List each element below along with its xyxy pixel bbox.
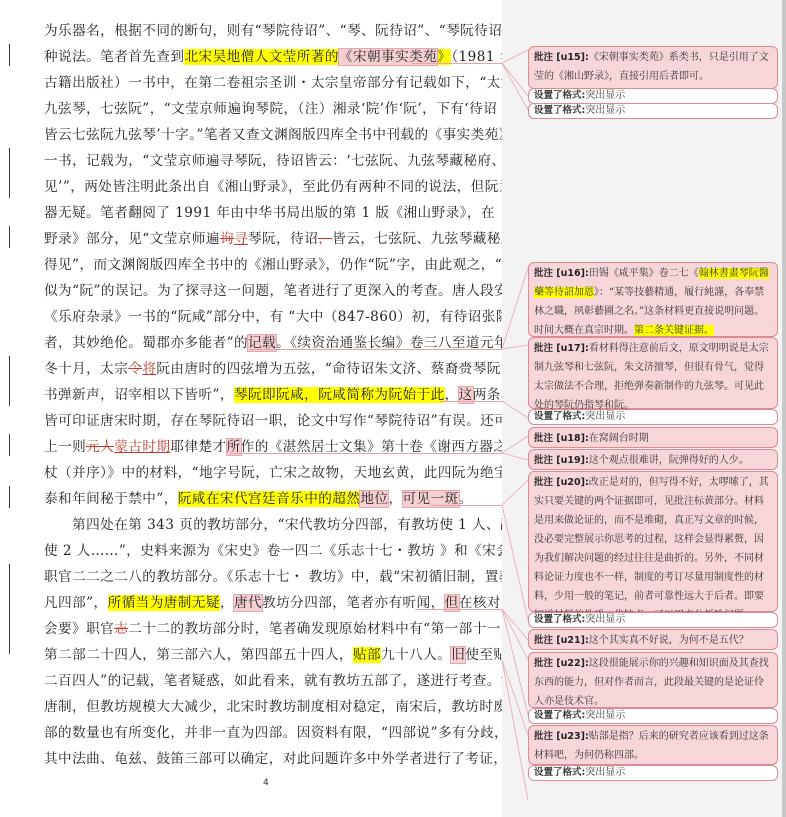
comment-label: 批注 [u16]: xyxy=(534,268,589,279)
text-line[interactable]: 见’”，两处皆注明此条出自《湘山野录》，至此仍有两种不同的说法，但阮为乐 xyxy=(44,174,466,200)
text-run: 第二部二十四人，第三部六人，第四部五十四人， xyxy=(44,647,353,663)
text-line[interactable]: 第二部二十四人，第三部六人，第四部五十四人，贴部九十八人。旧使至贴部止 xyxy=(44,642,466,668)
change-bar xyxy=(9,434,10,456)
highlighted-text: 北宋吴地僧人文莹所著的 xyxy=(184,49,338,65)
format-text: 突出显示 xyxy=(585,614,625,625)
comment-text: 这个其实真不好说，为何不是五代？ xyxy=(589,635,749,646)
format-change-note[interactable]: 设置了格式:突出显示 xyxy=(528,103,778,119)
comment-text: 田锡《咸平集》卷二七《 xyxy=(589,268,699,279)
comment-anchor-line xyxy=(412,63,502,64)
text-line[interactable]: 书弹新声，诏宰相以下皆听”，琴阮即阮咸，阮咸简称为阮始于此，这两条材料 xyxy=(44,382,466,408)
text-line[interactable]: 会要》职官志二十二的教坊部分时，笔者确发现原始材料中有“第一部十一人， xyxy=(44,616,466,642)
highlighted-text: 贴部 xyxy=(353,647,381,663)
highlighted-text: 阮咸在宋代宫廷音乐中的超然 xyxy=(178,491,361,507)
comment-anchor-line xyxy=(230,453,502,454)
comment-u19[interactable]: 批注 [u19]:这个观点很难讲，阮弹得好的人少。 xyxy=(528,449,778,470)
text-line[interactable]: 其中法曲、龟兹、鼓笛三部可以确定，对此问题许多中外学者进行了考证，拥趸 xyxy=(44,746,466,772)
change-bar xyxy=(9,356,10,406)
format-label: 设置了格式: xyxy=(534,767,585,778)
text-line[interactable]: 野录》部分，见“文莹京师遍询寻琴阮，待诏，皆云，七弦阮、九弦琴藏秘府不 xyxy=(44,226,466,252)
format-text: 突出显示 xyxy=(585,105,625,116)
highlighted-text: 琴阮即阮咸，阮咸简称为阮始于此 xyxy=(234,387,445,403)
text-line[interactable]: 凡四部”，所循当为唐制无疑，唐代教坊分四部，笔者亦有听闻，但在核对《宋 xyxy=(44,590,466,616)
inserted-text[interactable]: 蒙古时期 xyxy=(114,439,170,455)
comment-label: 批注 [u22]: xyxy=(534,658,589,669)
text-line[interactable]: 冬十月，太宗令将阮由唐时的四弦增为五弦，“命待诏朱文济、蔡裔赍琴阮诣中 xyxy=(44,356,466,382)
format-label: 设置了格式: xyxy=(534,105,585,116)
text-run: 会要》职官 xyxy=(44,621,114,637)
text-line[interactable]: 二百四人”的记载，笔者疑惑，如此看来，就有教坊五部了，遂进行考查。宋因 xyxy=(44,668,466,694)
text-run: 二十二的教坊部分时，笔者确发现原始材料中有“第一部十一人， xyxy=(128,621,529,637)
text-line[interactable]: 杖（并序）》中的材料，“地字号阮，亡宋之故物，天地玄黄，此四阮为绝宝也。 xyxy=(44,460,466,486)
text-line[interactable]: 上一则元人蒙古时期耶律楚才所作的《湛然居士文集》第十卷《谢西方器之赠阮 xyxy=(44,434,466,460)
deleted-text[interactable]: 令 xyxy=(128,361,142,377)
comment-u22[interactable]: 批注 [u22]:这段很能展示你的兴趣和知识面及其查找东西的能力，但对作者而言，… xyxy=(528,652,778,708)
format-text: 突出显示 xyxy=(585,767,625,778)
format-text: 突出显示 xyxy=(585,411,625,422)
comment-anchor-line xyxy=(250,349,502,350)
comment-u16[interactable]: 批注 [u16]:田锡《咸平集》卷二七《翰林書畫琴阮醫藥等待詔加恩》：“某等技藝… xyxy=(528,262,778,337)
deleted-text[interactable]: 询 xyxy=(220,231,234,247)
text-line[interactable]: 职官二二之二八的教坊部分。《乐志十七・ 教坊》中，载“宋初循旧制，置教坊， xyxy=(44,564,466,590)
text-line[interactable]: 一书，记载为，“文莹京师遍寻琴阮，待诏皆云：‘七弦阮、九弦琴藏秘府、不得 xyxy=(44,148,466,174)
format-label: 设置了格式: xyxy=(534,411,585,422)
comment-u20[interactable]: 批注 [u20]:改正是对的，但写得不好，太啰嗦了，其实只要关键的两个证据即可，… xyxy=(528,471,778,612)
text-run: 皆云，七弦阮、九弦琴藏秘府不 xyxy=(332,231,529,247)
format-text: 突出显示 xyxy=(585,90,625,101)
deleted-text[interactable]: 志 xyxy=(114,621,128,637)
text-line[interactable]: 种说法。笔者首先查到北宋吴地僧人文莹所著的《宋朝事实类苑》（1981 年上海 xyxy=(44,44,466,70)
page-number: 4 xyxy=(263,778,269,788)
text-line[interactable]: 为乐器名，根据不同的断句，则有“琴院待诏”、“琴、阮待诏”、“琴阮待诏”三 xyxy=(44,18,466,44)
text-line[interactable]: 第四处在第 343 页的教坊部分，“宋代教坊分四部，有教坊使 1 人、副教坊 xyxy=(44,512,466,538)
text-line[interactable]: 者，其妙绝伦。蜀郡亦多能者”的记载。《续资治通鉴长编》卷三八至道元年(995)， xyxy=(44,330,466,356)
text-run: ， xyxy=(220,595,234,611)
text-run: 上一则 xyxy=(44,439,86,455)
text-line[interactable]: 器无疑。笔者翻阅了 1991 年由中华书局出版的第 1 版《湘山野录》，在《续湘… xyxy=(44,200,466,226)
format-change-note[interactable]: 设置了格式:突出显示 xyxy=(528,409,778,425)
text-line[interactable]: 古籍出版社）一书中，在第二卷祖宗圣训・太宗皇帝部分有记载如下，“太宗作 xyxy=(44,70,466,96)
text-line[interactable]: 九弦琴，七弦阮”，“文莹京师遍询琴院，（注）湘录‘院’作‘阮’，下有‘待诏 xyxy=(44,96,466,122)
text-run: 琴阮，待诏 xyxy=(248,231,318,247)
change-bar xyxy=(9,148,10,198)
deleted-text[interactable]: ， xyxy=(318,231,332,247)
text-line[interactable]: 皆可印证唐宋时期，存在琴阮待诏一职，论文中写作“琴院待诏”有误。还可附 xyxy=(44,408,466,434)
text-line[interactable]: 部的数量也有所变化，并非一直为四部。因资料有限，“四部说”多有分歧，但 xyxy=(44,720,466,746)
format-change-note[interactable]: 设置了格式:突出显示 xyxy=(528,708,778,724)
text-run: ， xyxy=(388,491,402,507)
comment-label: 批注 [u21]: xyxy=(534,635,589,646)
commented-text[interactable]: 旧 xyxy=(451,647,465,663)
change-bar xyxy=(9,226,10,248)
comment-label: 批注 [u19]: xyxy=(534,455,589,466)
comment-u18[interactable]: 批注 [u18]:在窝阔台时期 xyxy=(528,427,778,448)
comment-u17[interactable]: 批注 [u17]:看材料得注意前后文，原文明明说是太宗制九弦琴和七弦阮，朱文济擅… xyxy=(528,337,778,409)
text-run: 种说法。笔者首先查到 xyxy=(44,49,184,65)
deleted-text[interactable]: 元人 xyxy=(86,439,114,455)
vertical-scrollbar[interactable] xyxy=(782,0,786,817)
text-line[interactable]: 唐制，但教坊规模大大减少，北宋时教坊制度相对稳定，南宋后，教坊时废时立， xyxy=(44,694,466,720)
comment-text: 这个观点很难讲，阮弹得好的人少。 xyxy=(589,455,749,466)
text-run: 泰和年间秘于禁中”， xyxy=(44,491,178,507)
text-run: 书弹新声，诏宰相以下皆听”， xyxy=(44,387,234,403)
inserted-text[interactable]: 将 xyxy=(142,361,156,377)
inserted-text[interactable]: 寻 xyxy=(234,231,248,247)
text-run: 九十八人。 xyxy=(381,647,451,663)
comment-u15[interactable]: 批注 [u15]:《宋朝事实类苑》系类书，只是引用了文莹的《湘山野录》，直接引用… xyxy=(528,46,778,89)
comment-text: 在窝阔台时期 xyxy=(589,433,649,444)
text-run: 阮由唐时的四弦增为五弦，“命待诏朱文济、蔡裔赍琴阮诣中 xyxy=(156,361,529,377)
text-run: 凡四部”， xyxy=(44,595,108,611)
change-bar xyxy=(9,564,10,654)
comment-anchor-line xyxy=(440,401,502,402)
text-line[interactable]: 泰和年间秘于禁中”，阮咸在宋代宫廷音乐中的超然地位，可见一斑。 xyxy=(44,486,466,512)
comment-u21[interactable]: 批注 [u21]:这个其实真不好说，为何不是五代？ xyxy=(528,629,778,650)
highlighted-text: 所循当为唐制无疑 xyxy=(108,595,220,611)
comment-u23[interactable]: 批注 [u23]:贴部是指？后来的研究者应该看到过这条材料吧，为何仍称四部。 xyxy=(528,725,778,765)
text-run: 野录》部分，见“文莹京师遍 xyxy=(44,231,220,247)
format-label: 设置了格式: xyxy=(534,614,585,625)
commented-text[interactable]: 唐代 xyxy=(234,595,262,611)
comment-text: 改正是对的，但写得不好，太啰嗦了，其实只要关键的两个证据即可，见批注标黄部分。材… xyxy=(534,477,769,621)
comment-anchor-line xyxy=(415,609,502,610)
highlighted-text: 第二条关键证据。 xyxy=(634,325,714,336)
format-label: 设置了格式: xyxy=(534,710,585,721)
comment-label: 批注 [u18]: xyxy=(534,433,589,444)
format-label: 设置了格式: xyxy=(534,90,585,101)
text-line[interactable]: 皆云七弦阮九弦琴’十字。”笔者又查文渊阁版四库全书中刊载的《事实类苑》 xyxy=(44,122,466,148)
text-line[interactable]: 《乐府杂录》一书的“阮咸”部分中，有 “大中（847-860）初，有待诏张隐耸 xyxy=(44,304,466,330)
format-change-note[interactable]: 设置了格式:突出显示 xyxy=(528,612,778,628)
format-change-note[interactable]: 设置了格式:突出显示 xyxy=(528,88,778,104)
document-page[interactable]: 为乐器名，根据不同的断句，则有“琴院待诏”、“琴、阮待诏”、“琴阮待诏”三 种说… xyxy=(0,0,502,817)
comment-anchor-line xyxy=(430,505,502,506)
comment-label: 批注 [u17]: xyxy=(534,343,589,354)
comment-label: 批注 [u20]: xyxy=(534,477,589,488)
comment-label: 批注 [u23]: xyxy=(534,731,589,742)
text-line[interactable]: 似为“阮”的误记。为了探寻这一问题，笔者进行了更深入的考查。唐人段安节 xyxy=(44,278,466,304)
text-line[interactable]: 得见”，而文渊阁版四库全书中的《湘山野录》，仍作“阮”字，由此观之，“院” xyxy=(44,252,466,278)
commented-text[interactable]: 地位 xyxy=(360,491,388,507)
comment-label: 批注 [u15]: xyxy=(534,52,589,63)
format-text: 突出显示 xyxy=(585,710,625,721)
text-run: 者，其妙绝伦。蜀郡亦多能者”的 xyxy=(44,335,248,351)
change-bar xyxy=(9,486,10,508)
format-change-note[interactable]: 设置了格式:突出显示 xyxy=(528,765,778,781)
text-line[interactable]: 使 2 人……”，史料来源为《宋史》卷一四二《乐志十七・教坊 》和《宋会要》 xyxy=(44,538,466,564)
change-bar xyxy=(9,44,10,66)
text-run: 耶律楚才 xyxy=(170,439,226,455)
text-run: 冬十月，太宗 xyxy=(44,361,128,377)
